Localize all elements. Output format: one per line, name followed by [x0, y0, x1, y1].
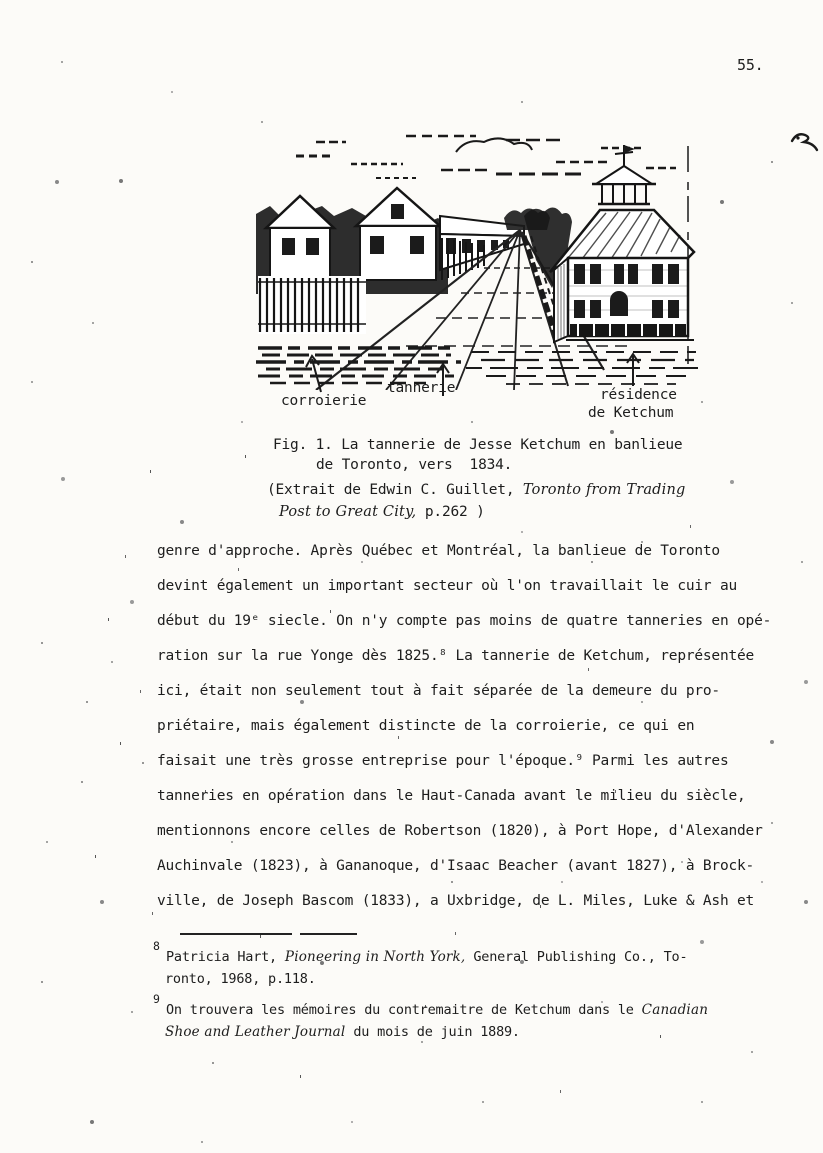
footnote-9-journal-part2: Shoe and Leather Journal [165, 1024, 345, 1040]
label-residence-line2: de Ketchum [588, 404, 673, 422]
body-text-line: faisait une très grosse entreprise pour … [157, 752, 729, 770]
footnote-8-line2: ronto, 1968, p.118. [165, 970, 316, 988]
body-text-line: ici, était non seulement tout à fait sép… [157, 682, 720, 700]
footnote-8-marker: 8 [153, 939, 160, 953]
source-title-part2: Post to Great City, [279, 504, 416, 520]
scan-noise-marks [0, 0, 1, 3]
picket-fence [258, 276, 366, 334]
building-tannerie [356, 188, 440, 280]
footnote-8-title: Pioneering in North York, [285, 949, 466, 965]
footnote-9-journal-part1: Canadian [642, 1002, 708, 1018]
footnote-9-date: du mois de juin 1889. [345, 1024, 519, 1040]
up-arrow-icon [623, 350, 643, 388]
figure-caption-line1: Fig. 1. La tannerie de Jesse Ketchum en … [273, 436, 682, 454]
figure-source-line2: Post to Great City, p.262 ) [279, 503, 485, 521]
figure-caption-line2: de Toronto, vers 1834. [316, 456, 512, 474]
body-text-line: tanneries en opération dans le Haut-Cana… [157, 787, 746, 805]
footnote-8-text: Patricia Hart, [166, 949, 285, 965]
body-text-line: devint également un important secteur où… [157, 577, 737, 595]
body-text-line: ration sur la rue Yonge dès 1825.⁸ La ta… [157, 647, 754, 665]
footnote-rule-segment [300, 933, 357, 935]
source-roman: (Extrait de Edwin C. Guillet, [267, 482, 523, 498]
body-text-line: début du 19ᵉ siecle. On n'y compte pas m… [157, 612, 771, 630]
footnote-9-text: On trouvera les mémoires du contremaitre… [166, 1002, 642, 1018]
figure-source-line1: (Extrait de Edwin C. Guillet, Toronto fr… [267, 481, 686, 499]
page-number: 55. [737, 56, 764, 74]
footnote-9-marker: 9 [153, 992, 160, 1006]
handwritten-mark [788, 127, 822, 155]
body-text-line: mentionnons encore celles de Robertson (… [157, 822, 763, 840]
scanned-document-page: 55. [0, 0, 823, 1153]
label-corroierie: corroierie [281, 392, 366, 410]
footnote-8-publisher: General Publishing Co., To- [465, 949, 687, 965]
body-text-line: genre d'approche. Après Québec et Montré… [157, 542, 720, 560]
body-text-line: Auchinvale (1823), à Gananoque, d'Isaac … [157, 857, 754, 875]
footnote-rule-segment [180, 933, 292, 935]
source-page-ref: p.262 ) [416, 504, 484, 520]
label-tannerie: tannerie [387, 379, 455, 397]
footnote-8-line1: Patricia Hart, Pioneering in North York,… [166, 948, 687, 966]
body-text-line: ville, de Joseph Bascom (1833), a Uxbrid… [157, 892, 754, 910]
footnote-9-line1: On trouvera les mémoires du contremaitre… [166, 1001, 708, 1019]
label-residence-line1: résidence [600, 386, 677, 404]
footnote-9-line2: Shoe and Leather Journal du mois de juin… [165, 1023, 520, 1041]
source-title-part1: Toronto from Trading [523, 482, 686, 498]
body-text-line: priétaire, mais également distincte de l… [157, 717, 694, 735]
up-arrow-icon [303, 352, 329, 394]
